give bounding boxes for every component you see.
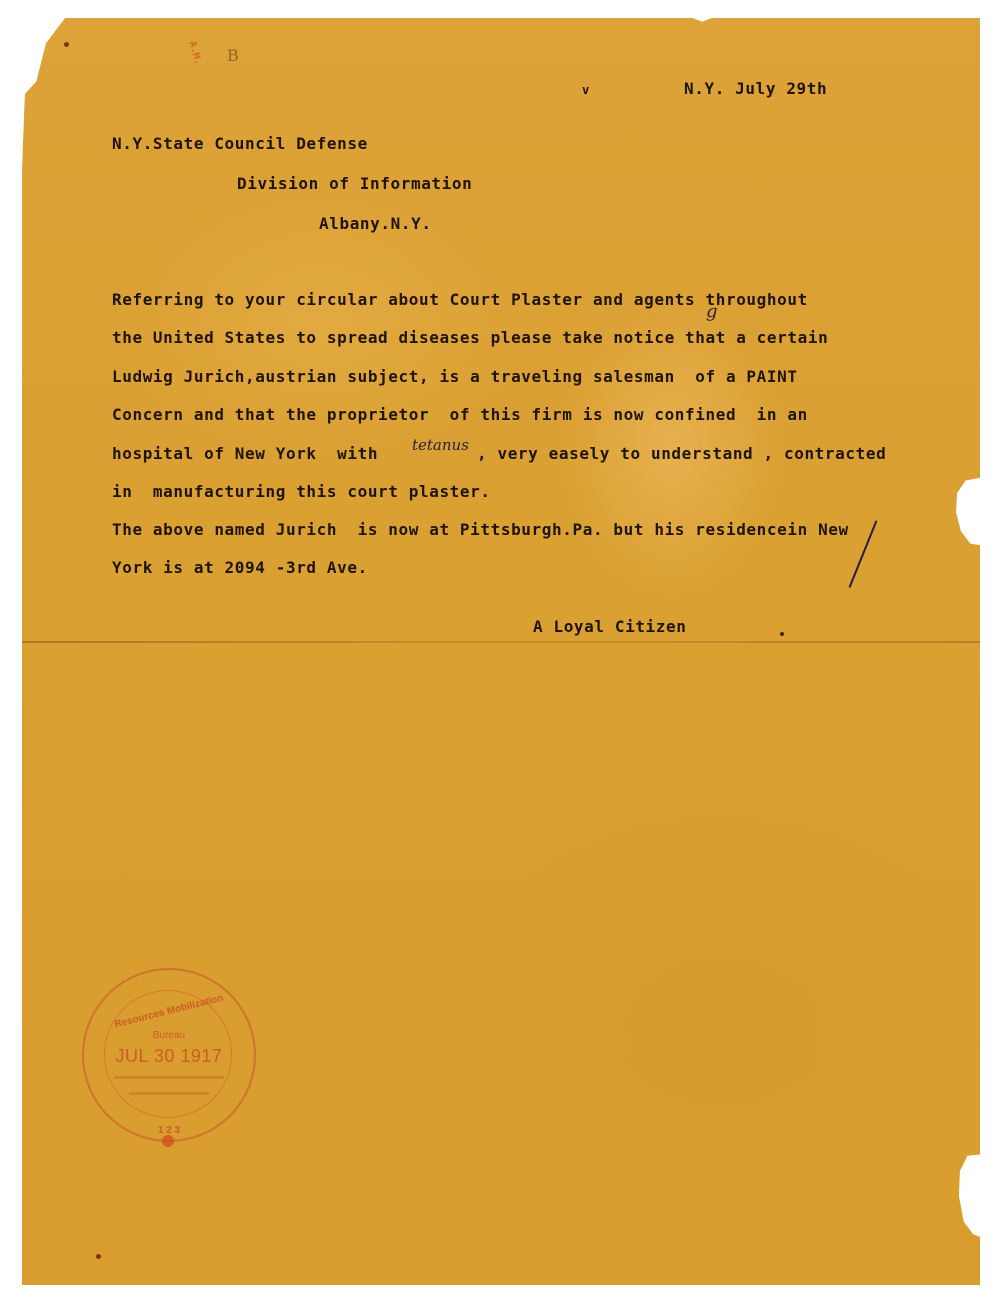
signature: A Loyal Citizen [533,617,687,637]
received-stamp: Resources Mobilization Bureau JUL 30 191… [82,968,256,1142]
stamp-detail-line [114,1076,224,1079]
check-mark: v [582,80,590,100]
body-line-6: in manufacturing this court plaster. [112,482,491,502]
letter-paper: B v N.Y. July 29th N.Y.State Council Def… [22,18,980,1285]
addressee-line-2: Division of Information [237,174,472,194]
handwritten-insert: tetanus [412,436,469,454]
body-line-8: York is at 2094 -3rd Ave. [112,558,368,578]
body-line-3: Ludwig Jurich,austrian subject, is a tra… [112,367,798,387]
body-line-7: The above named Jurich is now at Pittsbu… [112,520,849,540]
addressee-line-1: N.Y.State Council Defense [112,134,368,154]
ink-speck [64,42,69,47]
fold-crease [22,641,980,643]
body-line-5: hospital of New York with [112,444,378,464]
stamp-bureau: Bureau [84,1030,254,1041]
body-line-4: Concern and that the proprietor of this … [112,405,808,425]
addressee-line-3: Albany.N.Y. [319,214,432,234]
ink-speck [780,632,784,636]
body-line-1: Referring to your circular about Court P… [112,290,808,310]
handwritten-correction: g [706,301,718,322]
stamp-date: JUL 30 1917 [84,1046,254,1067]
ink-speck [96,1254,101,1259]
pencil-notation: B [227,46,239,65]
stamp-ink-blot [162,1135,174,1147]
body-line-2: the United States to spread diseases ple… [112,328,828,348]
stamp-side-text: A.M. [186,40,203,66]
dateline: N.Y. July 29th [684,79,827,99]
handwritten-slash-mark [849,520,877,587]
stamp-detail-line [129,1092,209,1095]
body-line-5-continued: , very easely to understand , contracted [477,444,886,464]
